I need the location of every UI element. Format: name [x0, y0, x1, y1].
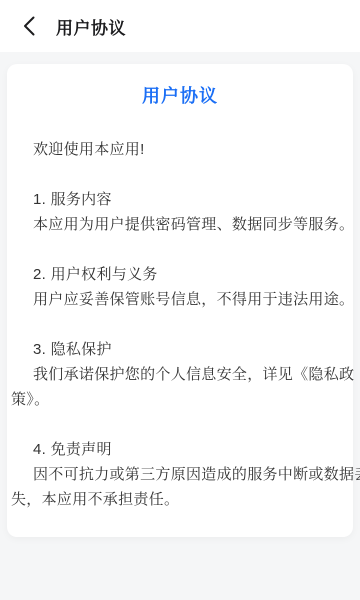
agreement-text: 欢迎使用本应用!1. 服务内容本应用为用户提供密码管理、数据同步等服务。2. 用… [11, 137, 349, 512]
agreement-line: 欢迎使用本应用! [11, 137, 349, 162]
agreement-line: 2. 用户权利与义务 [11, 262, 349, 287]
agreement-line [11, 162, 349, 187]
agreement-line [11, 312, 349, 337]
back-button[interactable] [17, 10, 41, 42]
chevron-left-icon [23, 16, 35, 36]
agreement-line: 4. 免责声明 [11, 437, 349, 462]
agreement-line: 策》。 [11, 387, 349, 412]
agreement-card-title: 用户协议 [11, 84, 349, 109]
agreement-line [11, 412, 349, 437]
page-title: 用户协议 [56, 14, 126, 39]
agreement-line [11, 237, 349, 262]
agreement-card: 用户协议 欢迎使用本应用!1. 服务内容本应用为用户提供密码管理、数据同步等服务… [7, 64, 353, 537]
agreement-line: 失，本应用不承担责任。 [11, 487, 349, 512]
agreement-line: 本应用为用户提供密码管理、数据同步等服务。 [11, 212, 349, 237]
agreement-line: 用户应妥善保管账号信息，不得用于违法用途。 [11, 287, 349, 312]
agreement-line: 我们承诺保护您的个人信息安全，详见《隐私政 [11, 362, 349, 387]
agreement-line: 1. 服务内容 [11, 187, 349, 212]
agreement-line: 3. 隐私保护 [11, 337, 349, 362]
agreement-line: 因不可抗力或第三方原因造成的服务中断或数据丢 [11, 462, 349, 487]
content-area: 用户协议 欢迎使用本应用!1. 服务内容本应用为用户提供密码管理、数据同步等服务… [0, 52, 360, 537]
user-agreement-screen: 用户协议 用户协议 欢迎使用本应用!1. 服务内容本应用为用户提供密码管理、数据… [0, 0, 360, 600]
navbar: 用户协议 [0, 0, 360, 52]
